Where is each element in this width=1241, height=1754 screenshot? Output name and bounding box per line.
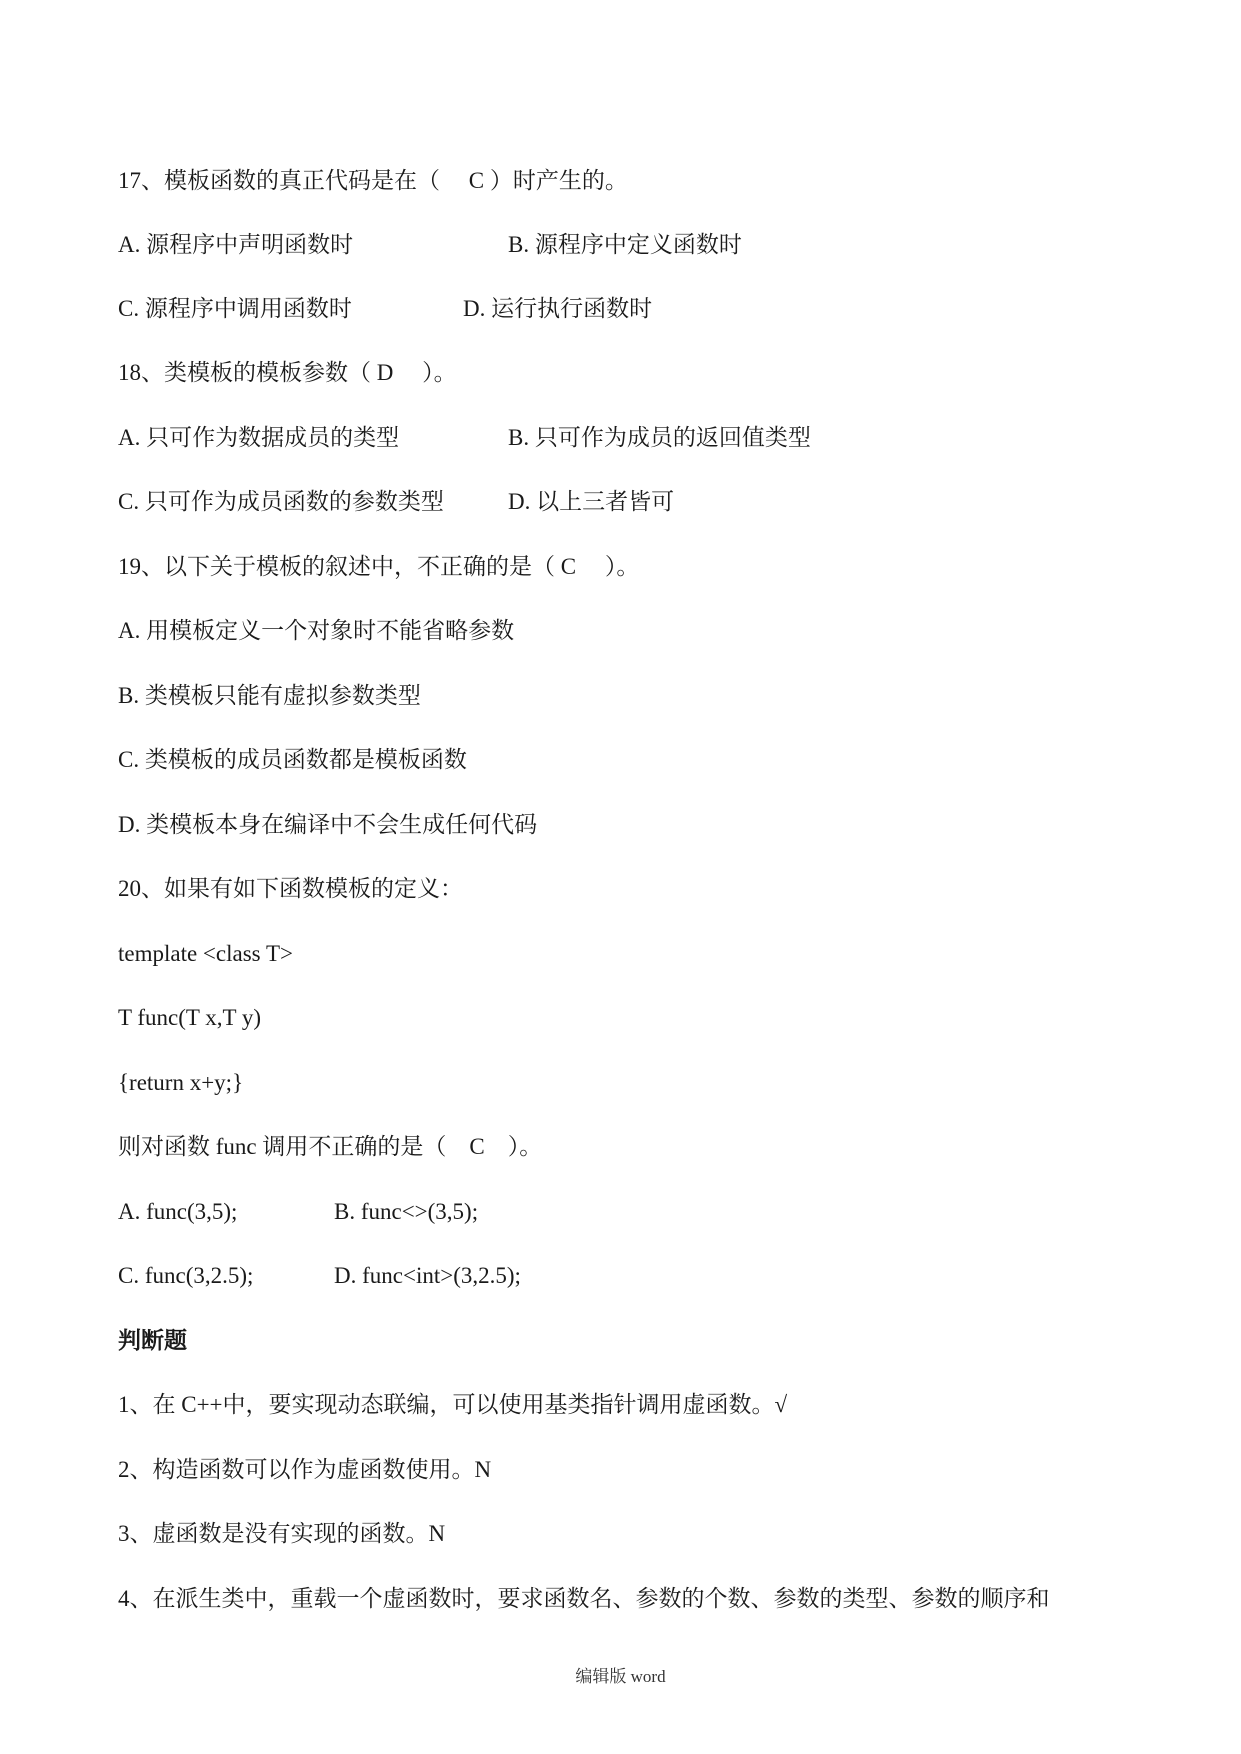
question-18-stem: 18、类模板的模板参数（ D ）。 <box>118 358 457 388</box>
code-line-1: template <class T> <box>118 939 293 969</box>
question-20-option-b: B. func<>(3,5); <box>334 1197 478 1227</box>
question-20-prompt: 则对函数 func 调用不正确的是（ C ）。 <box>118 1132 542 1162</box>
code-line-2: T func(T x,T y) <box>118 1003 261 1033</box>
judgment-item-3: 3、虚函数是没有实现的函数。N <box>118 1519 445 1549</box>
question-20-option-c: C. func(3,2.5); <box>118 1261 253 1291</box>
question-17-option-a: A. 源程序中声明函数时 <box>118 230 353 260</box>
question-17-stem: 17、模板函数的真正代码是在（ C ）时产生的。 <box>118 166 628 196</box>
question-19-option-c: C. 类模板的成员函数都是模板函数 <box>118 745 467 775</box>
judgment-item-4: 4、在派生类中，重载一个虚函数时，要求函数名、参数的个数、参数的类型、参数的顺序… <box>118 1584 1050 1614</box>
question-20-option-a: A. func(3,5); <box>118 1197 237 1227</box>
judgment-item-1: 1、在 C++中，要实现动态联编，可以使用基类指针调用虚函数。√ <box>118 1390 787 1420</box>
question-18-option-a: A. 只可作为数据成员的类型 <box>118 423 399 453</box>
question-19-option-b: B. 类模板只能有虚拟参数类型 <box>118 681 421 711</box>
question-20-stem: 20、如果有如下函数模板的定义： <box>118 874 463 904</box>
question-18-option-b: B. 只可作为成员的返回值类型 <box>508 423 811 453</box>
question-20-option-d: D. func<int>(3,2.5); <box>334 1261 521 1291</box>
question-19-stem: 19、以下关于模板的叙述中，不正确的是（ C ）。 <box>118 552 639 582</box>
judgment-item-2: 2、构造函数可以作为虚函数使用。N <box>118 1455 491 1485</box>
page-footer: 编辑版 word <box>0 1662 1241 1687</box>
question-17-option-c: C. 源程序中调用函数时 <box>118 294 352 324</box>
question-18-option-c: C. 只可作为成员函数的参数类型 <box>118 487 444 517</box>
question-17-option-d: D. 运行执行函数时 <box>463 294 652 324</box>
question-18-option-d: D. 以上三者皆可 <box>508 487 674 517</box>
section-heading-judgment: 判断题 <box>118 1326 187 1356</box>
question-17-option-b: B. 源程序中定义函数时 <box>508 230 742 260</box>
question-19-option-d: D. 类模板本身在编译中不会生成任何代码 <box>118 810 537 840</box>
question-19-option-a: A. 用模板定义一个对象时不能省略参数 <box>118 616 514 646</box>
code-line-3: {return x+y;} <box>118 1068 243 1098</box>
